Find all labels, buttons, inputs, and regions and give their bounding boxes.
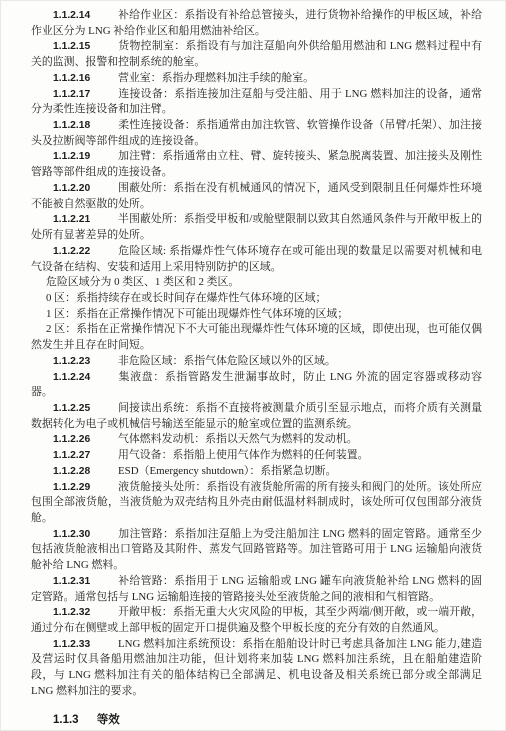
- clause-number: 1.1.2.21: [53, 212, 101, 228]
- clause-text: 非危险区域：系指气体危险区域以外的区域。: [118, 355, 336, 367]
- sub-clause-paragraph: 2 区：系指在正常操作情况下不大可能出现爆炸性气体环境的区域，即使出现，也可能仅…: [31, 322, 482, 353]
- clause-paragraph: 1.1.2.27用气设备：系指船上使用气体作为燃料的任何装置。: [31, 448, 482, 464]
- clause-text: 营业室：系指办理燃料加注手续的舱室。: [118, 72, 314, 84]
- section-number: 1.1.3: [53, 713, 79, 729]
- clause-text: 0 区：系指持续存在或长时间存在爆炸性气体环境的区域；: [46, 292, 326, 304]
- clause-number: 1.1.2.27: [53, 448, 101, 464]
- clause-number: 1.1.2.16: [53, 71, 101, 87]
- clause-number: 1.1.2.31: [53, 574, 101, 590]
- clause-paragraph: 1.1.2.23非危险区域：系指气体危险区域以外的区域。: [31, 354, 482, 370]
- clause-number: 1.1.2.15: [53, 39, 101, 55]
- clause-paragraph: 1.1.2.29液货舱接头处所：系指设有液货舱所需的所有接头和阀门的处所。该处所…: [31, 480, 482, 527]
- section-heading: 1.1.3 等效: [31, 713, 482, 729]
- sub-clause-paragraph: 0 区：系指持续存在或长时间存在爆炸性气体环境的区域；: [31, 291, 482, 307]
- clause-number: 1.1.2.19: [53, 149, 101, 165]
- clause-number: 1.1.2.25: [53, 401, 101, 417]
- clause-paragraph: 1.1.2.24集液盘：系指管路发生泄漏事故时，防止 LNG 外流的固定容器或移…: [31, 370, 482, 401]
- clause-text: 危险区域分为 0 类区、1 类区和 2 类区。: [46, 276, 239, 288]
- clause-paragraph: 1.1.2.25间接读出系统：系指不直接将被测量介质引至显示地点，而将介质有关测…: [31, 401, 482, 432]
- clause-list: 1.1.2.14补给作业区：系指设有补给总管接头，进行货物补给操作的甲板区域，补…: [31, 8, 482, 728]
- clause-paragraph: 1.1.2.26气体燃料发动机：系指以天然气为燃料的发动机。: [31, 432, 482, 448]
- clause-text: 用气设备：系指船上使用气体作为燃料的任何装置。: [118, 449, 369, 461]
- clause-text: 1 区：系指在正常操作情况下可能出现爆炸性气体环境的区域；: [46, 308, 348, 320]
- clause-paragraph: 1.1.2.30加注管路：系指加注趸船上为受注船加注 LNG 燃料的固定管路。通…: [31, 527, 482, 574]
- clause-paragraph: 1.1.2.15货物控制室：系指设有与加注趸船向外供给船用燃油和 LNG 燃料过…: [31, 39, 482, 70]
- clause-paragraph: 1.1.2.14补给作业区：系指设有补给总管接头，进行货物补给操作的甲板区域，补…: [31, 8, 482, 39]
- clause-paragraph: 1.1.2.31补给管路：系指用于 LNG 运输船或 LNG 罐车向液货舱补给 …: [31, 574, 482, 605]
- clause-number: 1.1.2.33: [53, 637, 101, 653]
- clause-number: 1.1.2.24: [53, 370, 101, 386]
- clause-number: 1.1.2.26: [53, 432, 101, 448]
- clause-paragraph: 1.1.2.17连接设备：系指连接加注趸船与受注船、用于 LNG 燃料加注的设备…: [31, 87, 482, 118]
- clause-paragraph: 1.1.2.19加注臂：系指通常由立柱、臂、旋转接头、紧急脱离装置、加注接头及刚…: [31, 149, 482, 180]
- clause-paragraph: 1.1.2.32开敞甲板：系指无重大火灾风险的甲板，其至少两端/侧开敞，或一端开…: [31, 605, 482, 636]
- clause-number: 1.1.2.32: [53, 605, 101, 621]
- sub-clause-paragraph: 危险区域分为 0 类区、1 类区和 2 类区。: [31, 275, 482, 291]
- clause-text: 气体燃料发动机：系指以天然气为燃料的发动机。: [118, 433, 358, 445]
- clause-number: 1.1.2.29: [53, 480, 101, 496]
- clause-number: 1.1.2.20: [53, 181, 101, 197]
- clause-number: 1.1.2.22: [53, 244, 101, 260]
- clause-number: 1.1.2.14: [53, 8, 101, 24]
- clause-paragraph: 1.1.2.28ESD（Emergency shutdown）：系指紧急切断。: [31, 464, 482, 480]
- sub-clause-paragraph: 1 区：系指在正常操作情况下可能出现爆炸性气体环境的区域；: [31, 307, 482, 323]
- document-page: 1.1.2.14补给作业区：系指设有补给总管接头，进行货物补给操作的甲板区域，补…: [0, 0, 506, 731]
- clause-text: 2 区：系指在正常操作情况下不大可能出现爆炸性气体环境的区域，即使出现，也可能仅…: [31, 323, 482, 351]
- clause-text: ESD（Emergency shutdown）：系指紧急切断。: [118, 465, 337, 477]
- clause-paragraph: 1.1.2.18柔性连接设备：系指通常由加注软管、软管操作设备（吊臂/托架）、加…: [31, 118, 482, 149]
- clause-paragraph: 1.1.2.21半围蔽处所：系指受甲板和/或舱壁限制以致其自然通风条件与开敞甲板…: [31, 212, 482, 243]
- clause-number: 1.1.2.30: [53, 527, 101, 543]
- clause-number: 1.1.2.23: [53, 354, 101, 370]
- section-title: 等效: [97, 714, 120, 726]
- clause-paragraph: 1.1.2.20围蔽处所：系指在没有机械通风的情况下，通风受到限制且任何爆炸性环…: [31, 181, 482, 212]
- clause-paragraph: 1.1.2.16营业室：系指办理燃料加注手续的舱室。: [31, 71, 482, 87]
- clause-number: 1.1.2.17: [53, 87, 101, 103]
- clause-paragraph: 1.1.2.33LNG 燃料加注系统预设：系指在船舶设计时已考虑具备加注 LNG…: [31, 637, 482, 700]
- clause-paragraph: 1.1.2.22危险区域: 系指爆炸性气体环境存在或可能出现的数量足以需要对机械…: [31, 244, 482, 275]
- clause-number: 1.1.2.28: [53, 464, 101, 480]
- clause-number: 1.1.2.18: [53, 118, 101, 134]
